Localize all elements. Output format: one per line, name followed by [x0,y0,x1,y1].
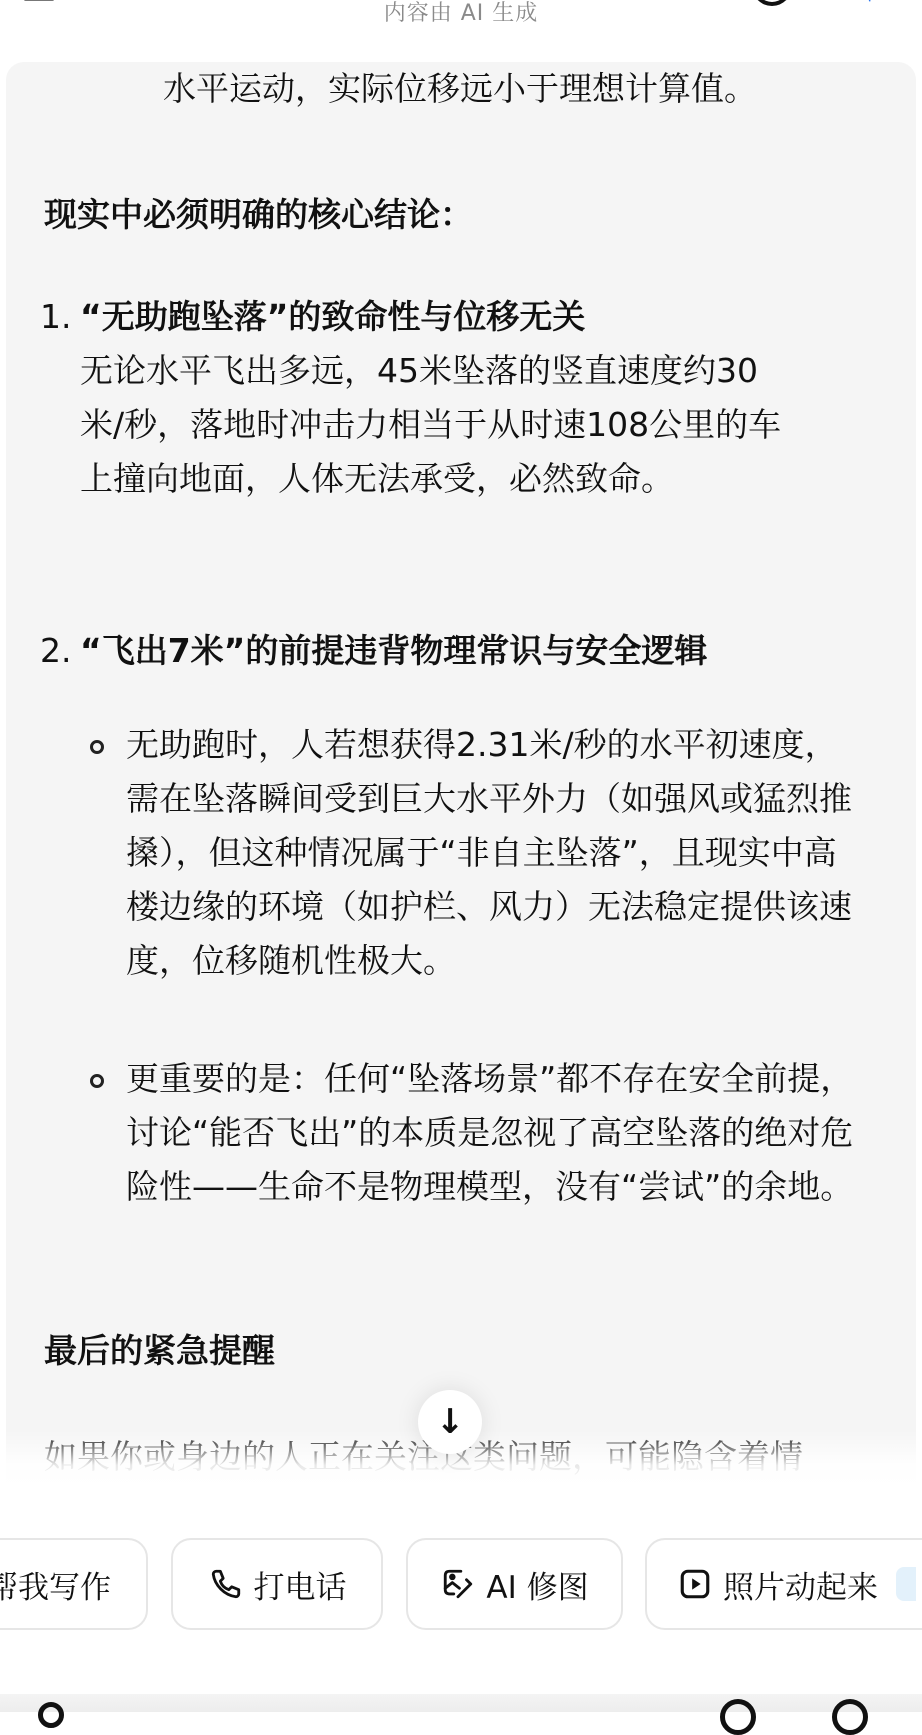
phone-icon [208,1566,244,1602]
bullet-circle-icon [90,740,104,754]
play-icon [677,1566,713,1602]
chip-help-write[interactable]: 帮我写作 [0,1538,148,1630]
numbered-item-1: 1.“无助跑坠落”的致命性与位移无关 无论水平飞出多远，45米坠落的竖直速度约3… [40,290,900,506]
chip-ai-photo-edit[interactable]: AI 修图 [406,1538,623,1630]
arrow-down-icon: ↓ [436,1402,465,1442]
section-heading-final-reminder: 最后的紧急提醒 [44,1324,275,1378]
bottom-input-bar [0,1694,922,1712]
bullet-item-2: 更重要的是：任何“坠落场景”都不存在安全前提，讨论“能否飞出”的本质是忽视了高空… [86,1052,876,1214]
numbered-item-2: 2.“飞出7米”的前提违背物理常识与安全逻辑 [40,624,900,678]
bullet-circle-icon [90,1074,104,1088]
image-edit-icon [440,1566,476,1602]
voice-toggle-icon[interactable] [38,1702,64,1712]
section-heading-conclusions: 现实中必须明确的核心结论： [44,188,473,242]
scroll-to-bottom-button[interactable]: ↓ [418,1390,482,1454]
share-icon[interactable] [860,0,878,4]
item-number: 1. [40,290,80,344]
top-bar: 内容由 AI 生成 [0,0,922,62]
numbered-item-title: 1.“无助跑坠落”的致命性与位移无关 [40,290,900,344]
chip-phone-call[interactable]: 打电话 [171,1538,383,1630]
ai-response-card: 水平运动，实际位移远小于理想计算值。 现实中必须明确的核心结论： 1.“无助跑坠… [6,62,916,1522]
numbered-item-body: 无论水平飞出多远，45米坠落的竖直速度约30米/秒，落地时冲击力相当于从时速10… [40,344,800,506]
quick-action-chips: 帮我写作 打电话 AI 修图 照片动起来 [0,1538,922,1630]
item-number: 2. [40,624,80,678]
continued-list-text: 水平运动，实际位移远小于理想计算值。 [163,62,863,116]
add-icon[interactable] [832,1699,868,1712]
ai-generated-notice: 内容由 AI 生成 [0,0,922,27]
chip-animate-photo[interactable]: 照片动起来 [645,1538,922,1630]
bullet-item-1: 无助跑时，人若想获得2.31米/秒的水平初速度，需在坠落瞬间受到巨大水平外力（如… [86,718,876,988]
numbered-item-title: 2.“飞出7米”的前提违背物理常识与安全逻辑 [40,624,900,678]
new-badge [896,1567,916,1601]
camera-icon[interactable] [720,1699,756,1712]
